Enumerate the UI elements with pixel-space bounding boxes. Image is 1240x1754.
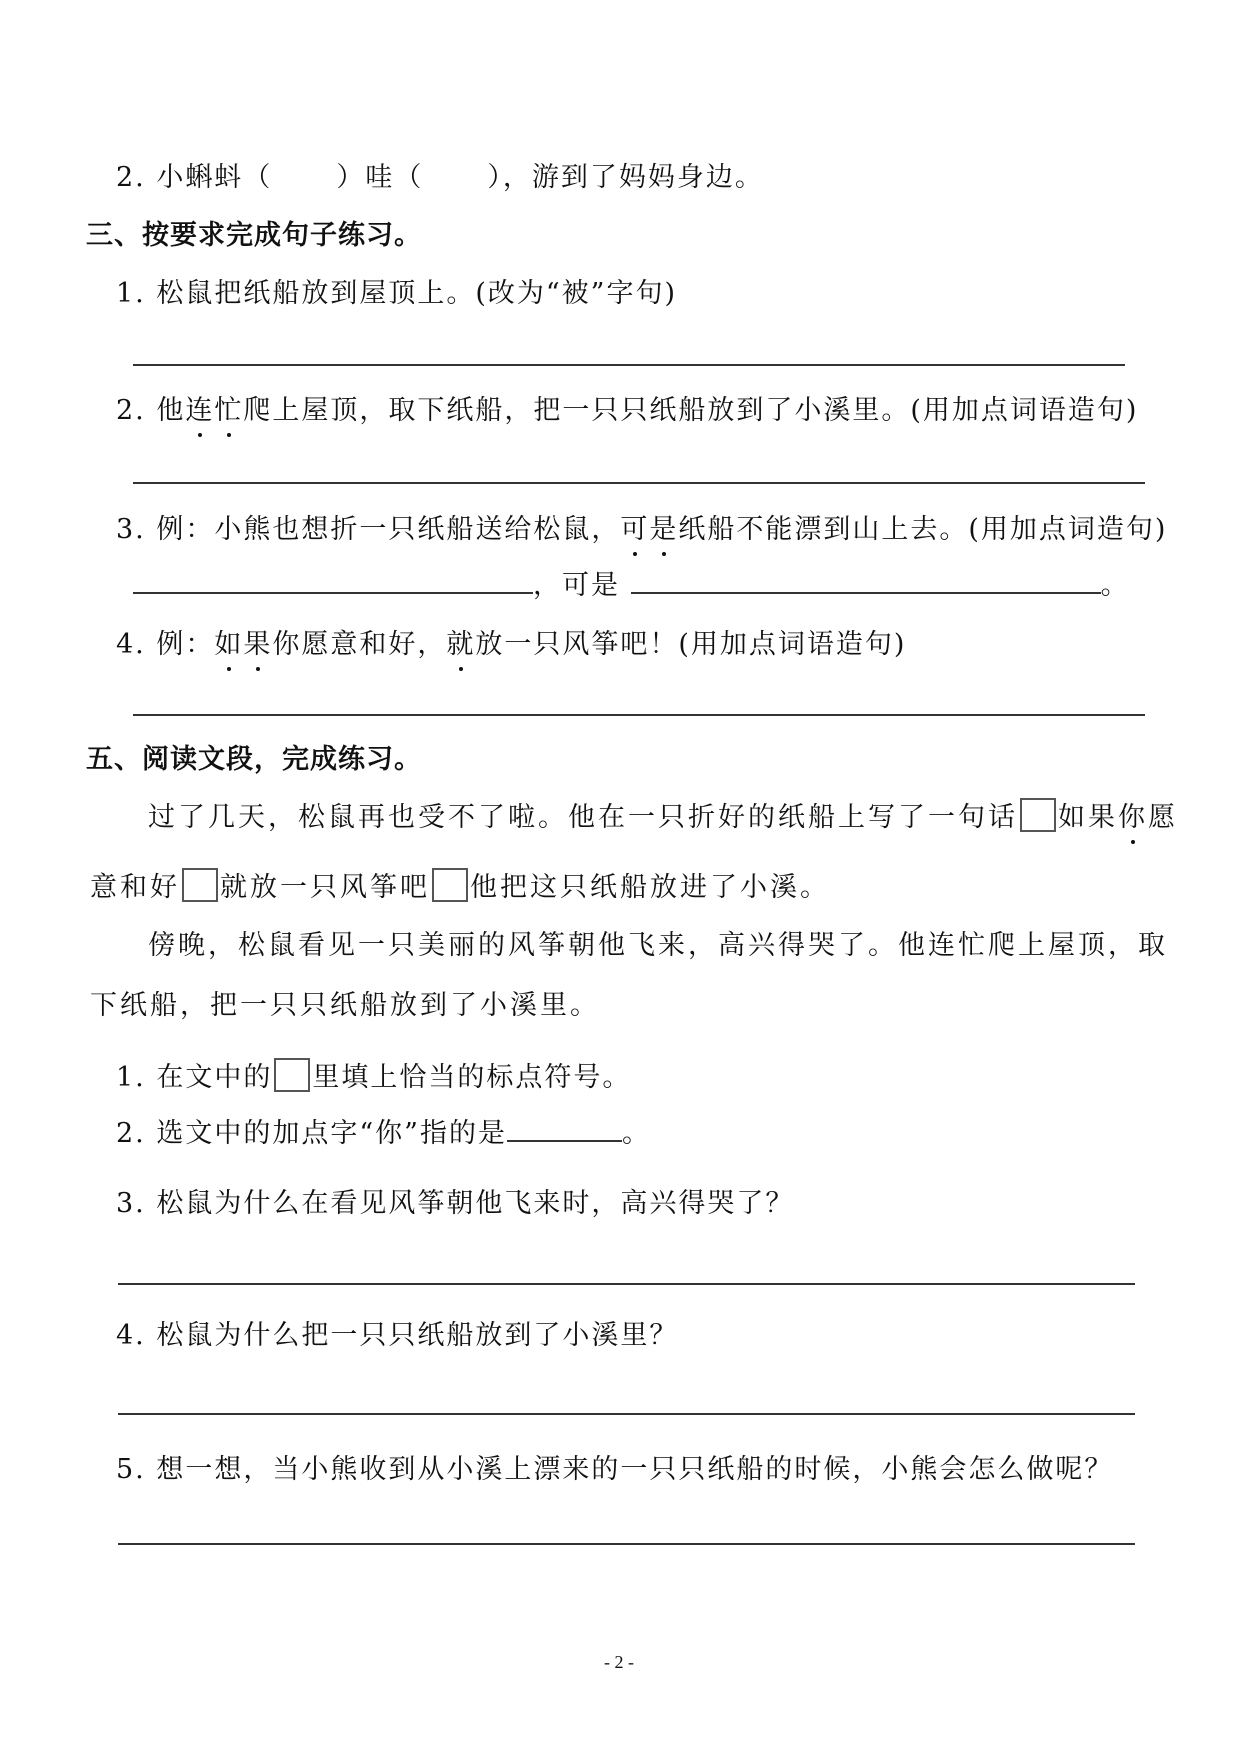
- section-5-question-2: 2. 选文中的加点字“你”指的是。: [116, 1116, 651, 1152]
- answer-line[interactable]: [133, 714, 1145, 716]
- answer-line[interactable]: [118, 1283, 1135, 1285]
- section-5-question-1: 1. 在文中的里填上恰当的标点符号。: [116, 1058, 631, 1096]
- passage-line: 过了几天，松鼠再也受不了啦。他在一只折好的纸船上写了一句话如果你愿: [148, 798, 1178, 836]
- answer-blank[interactable]: [631, 592, 1101, 594]
- dotted-char: 如: [214, 627, 243, 663]
- question-tadpole: 2. 小蝌蚪（）哇（），游到了妈妈身边。: [116, 160, 764, 196]
- section-5-title: 五、阅读文段，完成练习。: [86, 742, 422, 778]
- passage-line: 下纸船，把一只只纸船放到了小溪里。: [90, 988, 600, 1024]
- question-text: 你愿意和好，: [272, 629, 446, 660]
- section-5-question-5: 5. 想一想，当小熊收到从小溪上漂来的一只只纸船的时候，小熊会怎么做呢？: [116, 1452, 1113, 1488]
- answer-line[interactable]: [118, 1543, 1135, 1545]
- page-number: - 2 -: [604, 1652, 634, 1673]
- passage-line: 意和好就放一只风筝吧他把这只纸船放进了小溪。: [90, 868, 830, 906]
- question-text: 。: [622, 1118, 651, 1149]
- question-text: 1. 在文中的: [116, 1062, 272, 1093]
- answer-line[interactable]: [133, 482, 1145, 484]
- passage-text: 愿: [1148, 802, 1178, 833]
- answer-line[interactable]: [133, 364, 1125, 366]
- section-3-question-2: 2. 他连忙爬上屋顶，取下纸船，把一只只纸船放到了小溪里。(用加点词语造句): [116, 393, 1138, 429]
- question-text: 纸船不能漂到山上去。(用加点词造句): [678, 514, 1167, 545]
- fill-end: 。: [1101, 570, 1130, 601]
- answer-blank[interactable]: [507, 1140, 622, 1142]
- punctuation-box[interactable]: [1020, 798, 1056, 832]
- answer-line[interactable]: [118, 1413, 1135, 1415]
- punctuation-box[interactable]: [432, 868, 468, 902]
- passage-text: 如果: [1058, 802, 1118, 833]
- section-3-question-1: 1. 松鼠把纸船放到屋顶上。(改为“被”字句): [116, 276, 677, 312]
- question-text: 2. 小蝌蚪（: [116, 162, 272, 193]
- question-text: 里填上恰当的标点符号。: [312, 1062, 631, 1093]
- question-text: 2. 他: [116, 395, 185, 426]
- passage-text: 过了几天，松鼠再也受不了啦。他在一只折好的纸船上写了一句话: [148, 802, 1018, 833]
- question-text: 2. 选文中的加点字“你”指的是: [116, 1118, 507, 1149]
- dotted-char: 忙: [214, 393, 243, 429]
- passage-line: 傍晚，松鼠看见一只美丽的风筝朝他飞来，高兴得哭了。他连忙爬上屋顶，取: [148, 928, 1168, 964]
- punctuation-box-example: [274, 1058, 310, 1092]
- punctuation-box[interactable]: [182, 868, 218, 902]
- section-5-question-4: 4. 松鼠为什么把一只只纸船放到了小溪里？: [116, 1318, 678, 1354]
- question-text: 3. 例：小熊也想折一只纸船送给松鼠，: [116, 514, 620, 545]
- answer-blank[interactable]: [133, 592, 533, 594]
- question-text: 4. 例：: [116, 629, 214, 660]
- passage-text: 意和好: [90, 872, 180, 903]
- section-3-title: 三、按要求完成句子练习。: [86, 218, 422, 254]
- dotted-char: 就: [446, 627, 475, 663]
- question-text: 爬上屋顶，取下纸船，把一只只纸船放到了小溪里。(用加点词语造句): [243, 395, 1138, 426]
- dotted-char: 果: [243, 627, 272, 663]
- fill-connector: ，可是: [533, 570, 620, 601]
- dotted-char: 你: [1118, 800, 1148, 836]
- dotted-char: 可: [620, 512, 649, 548]
- passage-text: 他把这只纸船放进了小溪。: [470, 872, 830, 903]
- section-3-question-3: 3. 例：小熊也想折一只纸船送给松鼠，可是纸船不能漂到山上去。(用加点词造句): [116, 512, 1167, 548]
- question-text: ），游到了妈妈身边。: [487, 162, 764, 193]
- passage-text: 就放一只风筝吧: [220, 872, 430, 903]
- dotted-char: 连: [185, 393, 214, 429]
- section-3-question-3-fill: ，可是 。: [133, 568, 1130, 604]
- section-3-question-4: 4. 例：如果你愿意和好，就放一只风筝吧！(用加点词语造句): [116, 627, 906, 663]
- question-text: 放一只风筝吧！(用加点词语造句): [475, 629, 906, 660]
- question-text: ）哇（: [336, 162, 423, 193]
- dotted-char: 是: [649, 512, 678, 548]
- section-5-question-3: 3. 松鼠为什么在看见风筝朝他飞来时，高兴得哭了？: [116, 1186, 794, 1222]
